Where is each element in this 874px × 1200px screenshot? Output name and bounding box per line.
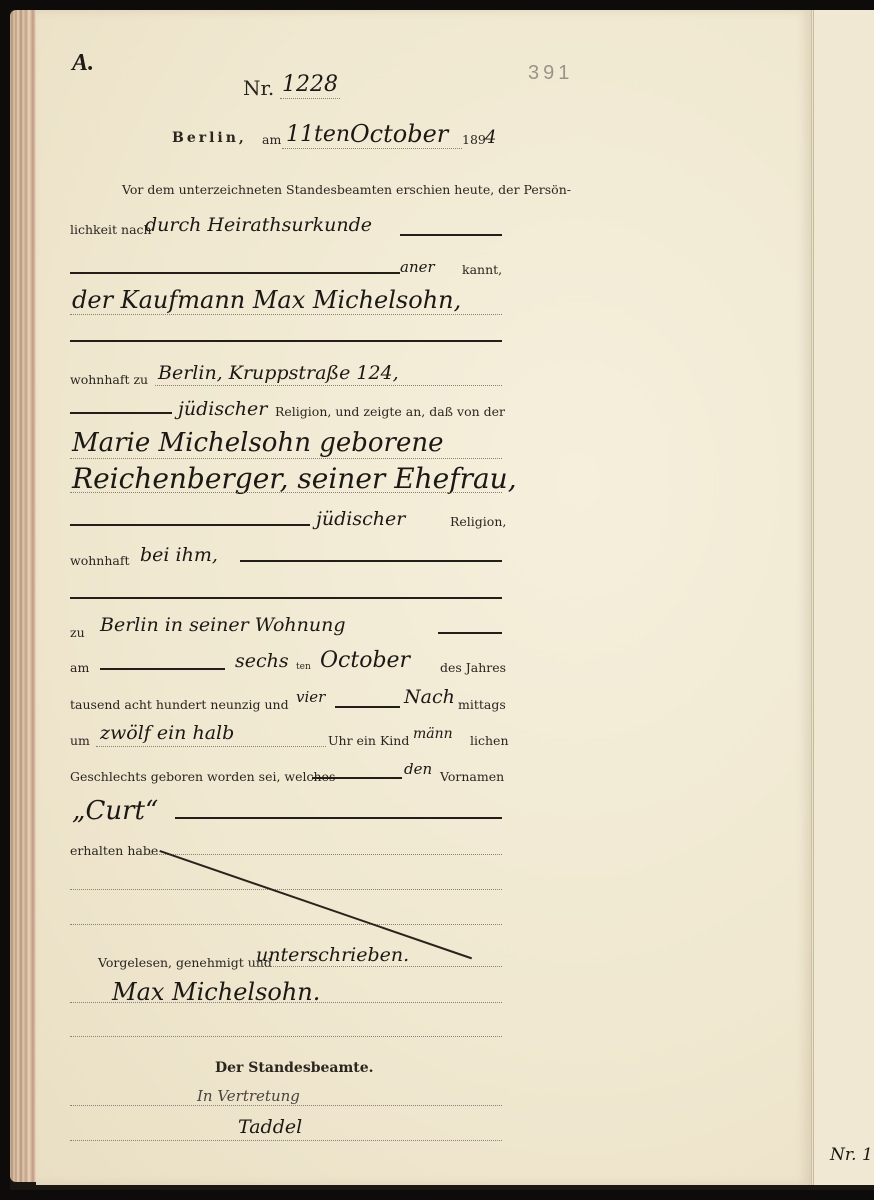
gender-fill [312, 777, 402, 779]
year-words-fill [335, 706, 400, 708]
child-label: Uhr ein Kind [328, 733, 409, 748]
year-words-value: vier [296, 688, 325, 706]
declarant-line [70, 314, 502, 315]
declarant-name: der Kaufmann Max Michelsohn, [72, 286, 461, 314]
facing-page-note: Nr. 1 [830, 1145, 873, 1165]
received-line-1 [150, 854, 502, 855]
place-label: zu [70, 625, 85, 640]
mother-religion-fill [70, 524, 310, 526]
name-article: den [404, 760, 432, 778]
religion-value: jüdischer [178, 398, 267, 420]
pencil-page-number: 391 [528, 62, 573, 85]
received-line-2 [70, 889, 502, 890]
residence-line [155, 385, 502, 386]
registrar-line-1 [70, 1105, 502, 1106]
am-label: am [262, 132, 281, 147]
received-label: erhalten habe [70, 843, 158, 858]
record-number-label: Nr. [243, 76, 274, 100]
known-label: kannt, [462, 262, 502, 277]
year-words-label: tausend acht hundert neunzig und [70, 697, 289, 712]
signed-line [250, 966, 502, 967]
date-line [282, 148, 462, 149]
received-line-3 [70, 924, 502, 925]
deputy-note: In Vertretung [197, 1087, 300, 1105]
gender-line-label: Geschlechts geboren worden sei, welches [70, 769, 335, 784]
record-number-value: 1228 [282, 72, 338, 97]
religion-label: Religion, und zeigte an, daß von der [275, 404, 505, 419]
mother-line-1 [70, 458, 502, 459]
read-approved-label: Vorgelesen, genehmigt und [98, 955, 272, 970]
mother-line-2 [70, 492, 502, 493]
declarant-line-2 [70, 340, 502, 342]
month-value: October [350, 120, 448, 148]
stacked-page-edges [10, 10, 38, 1182]
hour-line [96, 746, 326, 747]
residence-value: Berlin, Kruppstraße 124, [158, 362, 399, 384]
mother-religion-value: jüdischer [316, 508, 405, 530]
hour-value: zwölf ein halb [100, 722, 234, 744]
hour-label: um [70, 733, 90, 748]
child-name: „Curt“ [72, 796, 158, 826]
year-written: 4 [485, 127, 496, 148]
identity-label: lichkeit nach [70, 222, 152, 237]
residence-label: wohnhaft zu [70, 372, 148, 387]
identity-basis: durch Heirathsurkunde [145, 214, 372, 236]
name-label: Vornamen [440, 769, 504, 784]
time-of-day-value: Nach [404, 686, 455, 708]
blank-fill-line [70, 597, 502, 599]
mother-residence-value: bei ihm, [140, 544, 218, 566]
section-letter: A. [72, 50, 94, 77]
mother-religion-label: Religion, [450, 514, 506, 529]
known-written: aner [400, 258, 435, 276]
mother-name-line-2: Reichenberger, seiner Ehefrau, [72, 462, 517, 495]
signed-value: unterschrieben. [256, 944, 409, 966]
date-day-value: sechs [235, 650, 289, 672]
year-printed: 189 [462, 132, 486, 147]
religion-fill-line [70, 412, 172, 414]
mother-residence-fill [240, 560, 502, 562]
facing-page [814, 10, 874, 1185]
place-fill [438, 632, 502, 634]
mother-name-line-1: Marie Michelsohn geborene [72, 428, 444, 458]
time-of-day-label: mittags [458, 697, 506, 712]
date-label: am [70, 660, 89, 675]
day-value: 11ten [286, 122, 350, 147]
intro-text: Vor dem unterzeichneten Standesbeamten e… [122, 182, 502, 197]
registrar-title: Der Standesbeamte. [215, 1060, 374, 1076]
signature-line-2 [70, 1036, 502, 1037]
date-year-label: des Jahres [440, 660, 506, 675]
child-sex-value: männ [413, 726, 453, 742]
registrar-line-2 [70, 1140, 502, 1141]
identity-fill-line [400, 234, 502, 236]
signature-line-1 [70, 1002, 502, 1003]
city-label: Berlin, [172, 130, 247, 146]
child-name-fill [175, 817, 502, 819]
registrar-signature: Taddel [238, 1116, 302, 1138]
child-sex-suffix: lichen [470, 733, 509, 748]
mother-residence-label: wohnhaft [70, 553, 129, 568]
date-day-suffix: ten [296, 662, 311, 672]
date-fill [100, 668, 225, 670]
place-value: Berlin in seiner Wohnung [100, 614, 346, 636]
date-month-value: October [320, 648, 410, 673]
record-number-line [280, 98, 340, 99]
known-fill-line [70, 272, 400, 274]
